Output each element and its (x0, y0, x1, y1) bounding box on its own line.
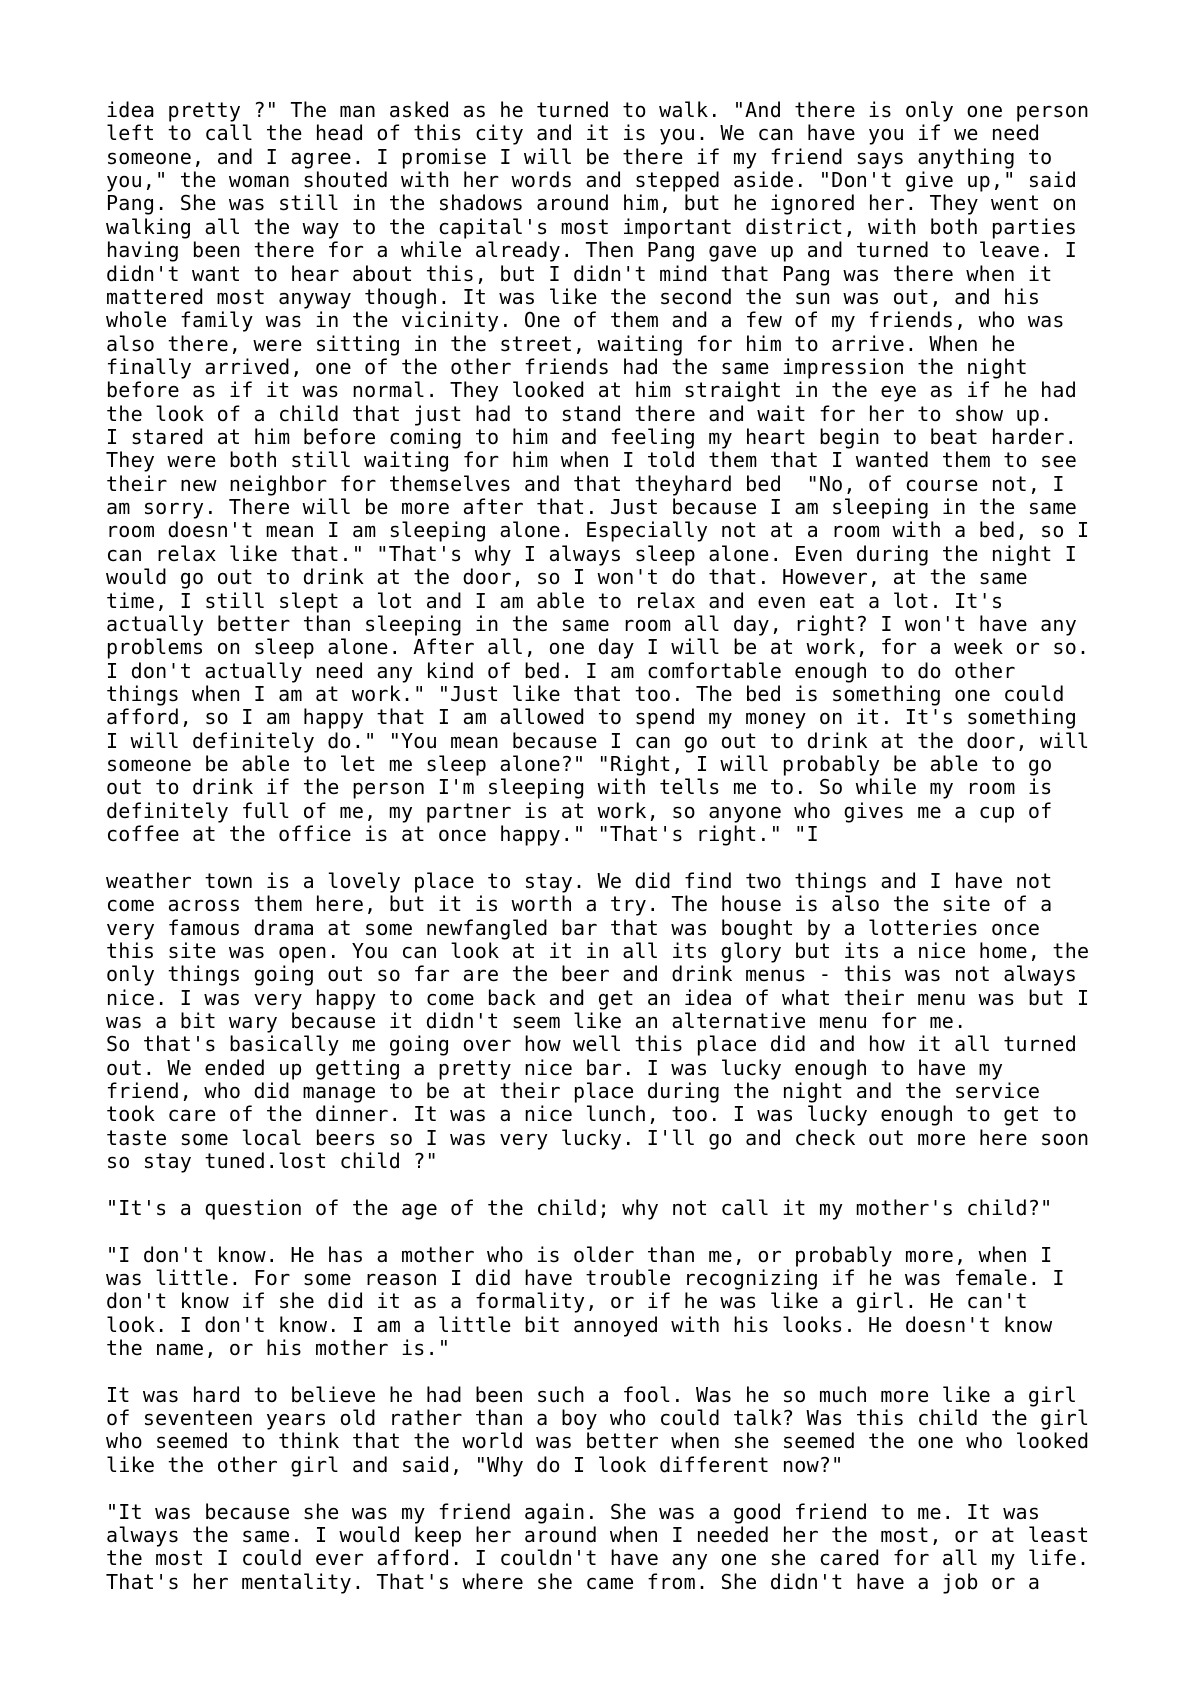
paragraph-2: weather town is a lovely place to stay. … (106, 870, 1112, 1174)
paragraph-4: "I don't know. He has a mother who is ol… (106, 1244, 1112, 1361)
paragraph-3: "It's a question of the age of the child… (106, 1197, 1112, 1220)
paragraph-5: It was hard to believe he had been such … (106, 1384, 1112, 1477)
paragraph-1: idea pretty ?" The man asked as he turne… (106, 99, 1112, 847)
document-page: idea pretty ?" The man asked as he turne… (0, 0, 1200, 1698)
paragraph-6: "It was because she was my friend again.… (106, 1501, 1112, 1594)
